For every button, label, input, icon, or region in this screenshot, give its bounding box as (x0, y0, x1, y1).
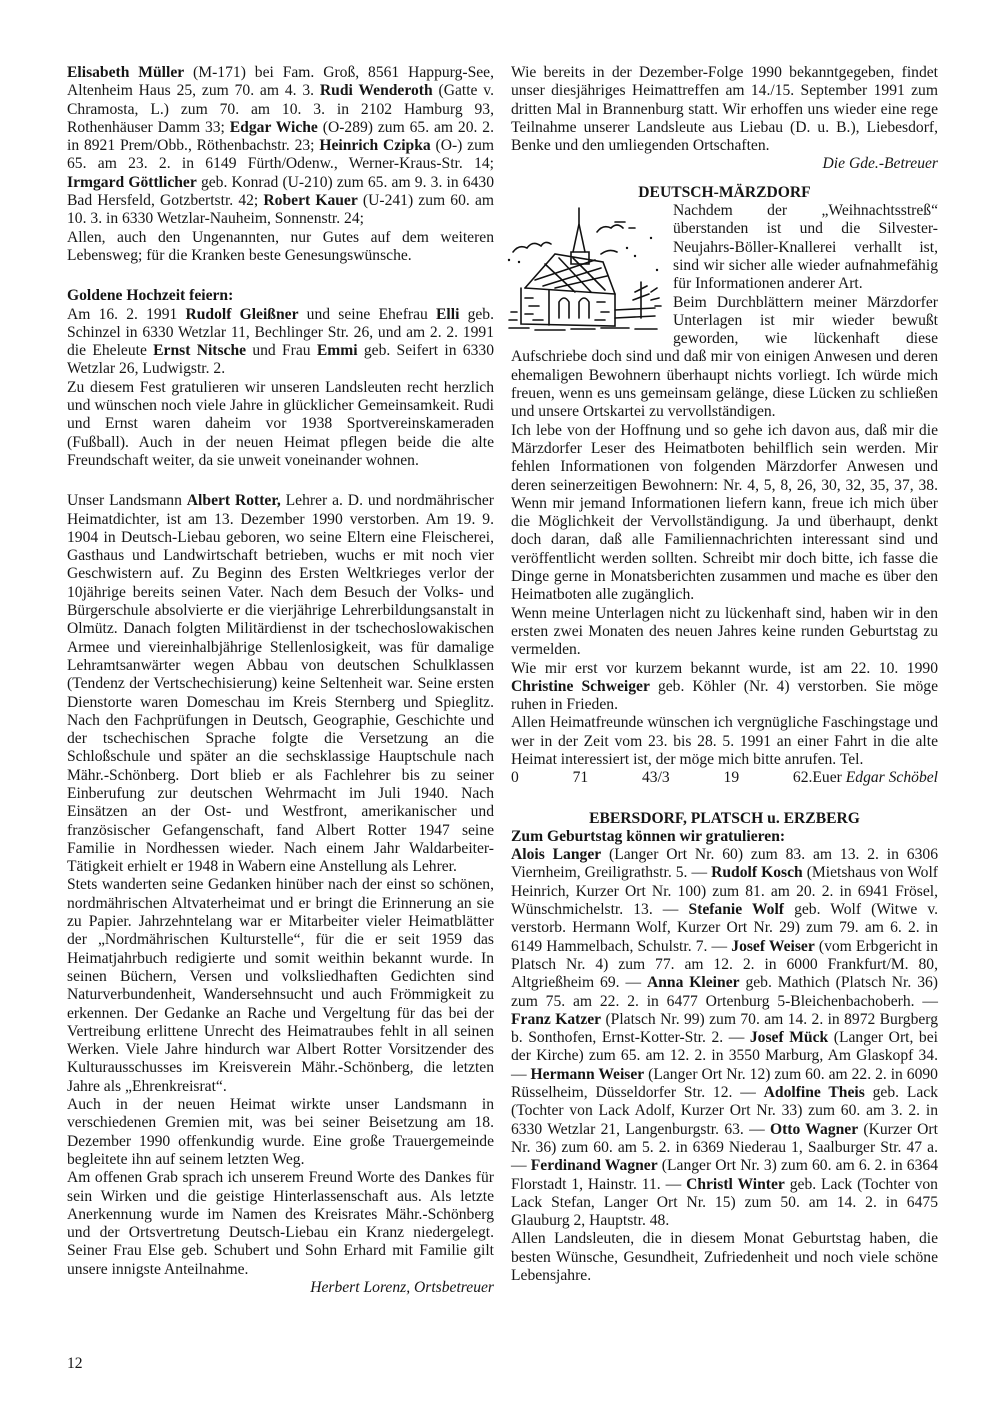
person-name: Elli (436, 306, 459, 323)
person-name: Rudolf Kosch (711, 864, 803, 881)
golden-wedding-text: Am 16. 2. 1991 Rudolf Gleißner und seine… (67, 306, 494, 379)
birthday-closing: Allen, auch den Ungenannten, nur Gutes a… (67, 229, 494, 266)
ebersdorf-birthday-list: Alois Langer (Langer Ort Nr. 60) zum 83.… (511, 846, 938, 1230)
obituary-paragraph: Stets wanderten seine Gedanken hinüber n… (67, 876, 494, 1096)
person-name: Alois Langer (511, 846, 601, 863)
page-number: 12 (67, 1355, 83, 1373)
person-name: Otto Wagner (770, 1121, 858, 1138)
obituary-paragraph: Am offenen Grab sprach ich unserem Freun… (67, 1169, 494, 1279)
person-name: Rudolf Gleißner (185, 306, 298, 323)
meeting-signature: Die Gde.-Betreuer (511, 155, 938, 173)
person-name: Anna Kleiner (647, 974, 740, 991)
right-column: Wie bereits in der Dezember-Folge 1990 b… (511, 64, 938, 1285)
person-name: Rudi Wenderoth (320, 82, 433, 99)
phone-number: 0 71 43/3 19 62. (511, 769, 812, 786)
person-name: Ferdinand Wagner (531, 1157, 658, 1174)
birthday-list-continued: Elisabeth Müller (M-171) bei Fam. Groß, … (67, 64, 494, 229)
person-name: Elisabeth Müller (67, 64, 184, 81)
ebersdorf-subheading: Zum Geburtstag können wir gratulieren: (511, 828, 938, 846)
maerzdorf-paragraph: Wenn meine Unterlagen nicht zu lückenhaf… (511, 605, 938, 660)
person-name: Robert Kauer (263, 192, 357, 209)
left-column: Elisabeth Müller (M-171) bei Fam. Groß, … (67, 64, 494, 1297)
maerzdorf-signature-line: 0 71 43/3 19 62. Euer Edgar Schöbel (511, 769, 938, 787)
golden-wedding-heading: Goldene Hochzeit feiern: (67, 287, 494, 305)
obituary-paragraph: Auch in der neuen Heimat wirkte unser La… (67, 1096, 494, 1169)
person-name: Heinrich Czipka (319, 137, 430, 154)
person-name: Adolfine Theis (764, 1084, 865, 1101)
person-name: Hermann Weiser (531, 1066, 645, 1083)
section-heading-deutsch-maerzdorf: DEUTSCH-MÄRZDORF (511, 184, 938, 202)
person-name: Josef Weiser (731, 938, 815, 955)
church-illustration (505, 202, 665, 334)
signature-name: Edgar Schöbel (846, 769, 938, 786)
maerzdorf-paragraph: Ich lebe von der Hoffnung und so gehe ic… (511, 422, 938, 605)
maerzdorf-death-notice: Wie mir erst vor kurzem bekannt wurde, i… (511, 660, 938, 715)
person-name: Irmgard Göttlicher (67, 174, 197, 191)
maerzdorf-paragraph: Allen Heimatfreunde wünschen ich vergnüg… (511, 714, 938, 769)
meeting-notice: Wie bereits in der Dezember-Folge 1990 b… (511, 64, 938, 155)
person-name: Ernst Nitsche (153, 342, 246, 359)
person-name: Edgar Wiche (230, 119, 318, 136)
person-name: Christl Winter (686, 1176, 785, 1193)
person-name: Albert Rotter, (187, 492, 281, 509)
ebersdorf-closing: Allen Landsleuten, die in diesem Monat G… (511, 1230, 938, 1285)
section-heading-ebersdorf: EBERSDORF, PLATSCH u. ERZBERG (511, 810, 938, 828)
person-name: Franz Katzer (511, 1011, 601, 1028)
golden-wedding-congrats: Zu diesem Fest gratulieren wir unseren L… (67, 379, 494, 470)
person-name: Stefanie Wolf (688, 901, 784, 918)
obituary-signature: Herbert Lorenz, Ortsbetreuer (67, 1279, 494, 1297)
person-name: Emmi (317, 342, 358, 359)
church-icon (505, 202, 665, 334)
person-name: Christine Schweiger (511, 678, 650, 695)
person-name: Josef Mück (750, 1029, 828, 1046)
obituary-paragraph: Unser Landsmann Albert Rotter, Lehrer a.… (67, 492, 494, 876)
